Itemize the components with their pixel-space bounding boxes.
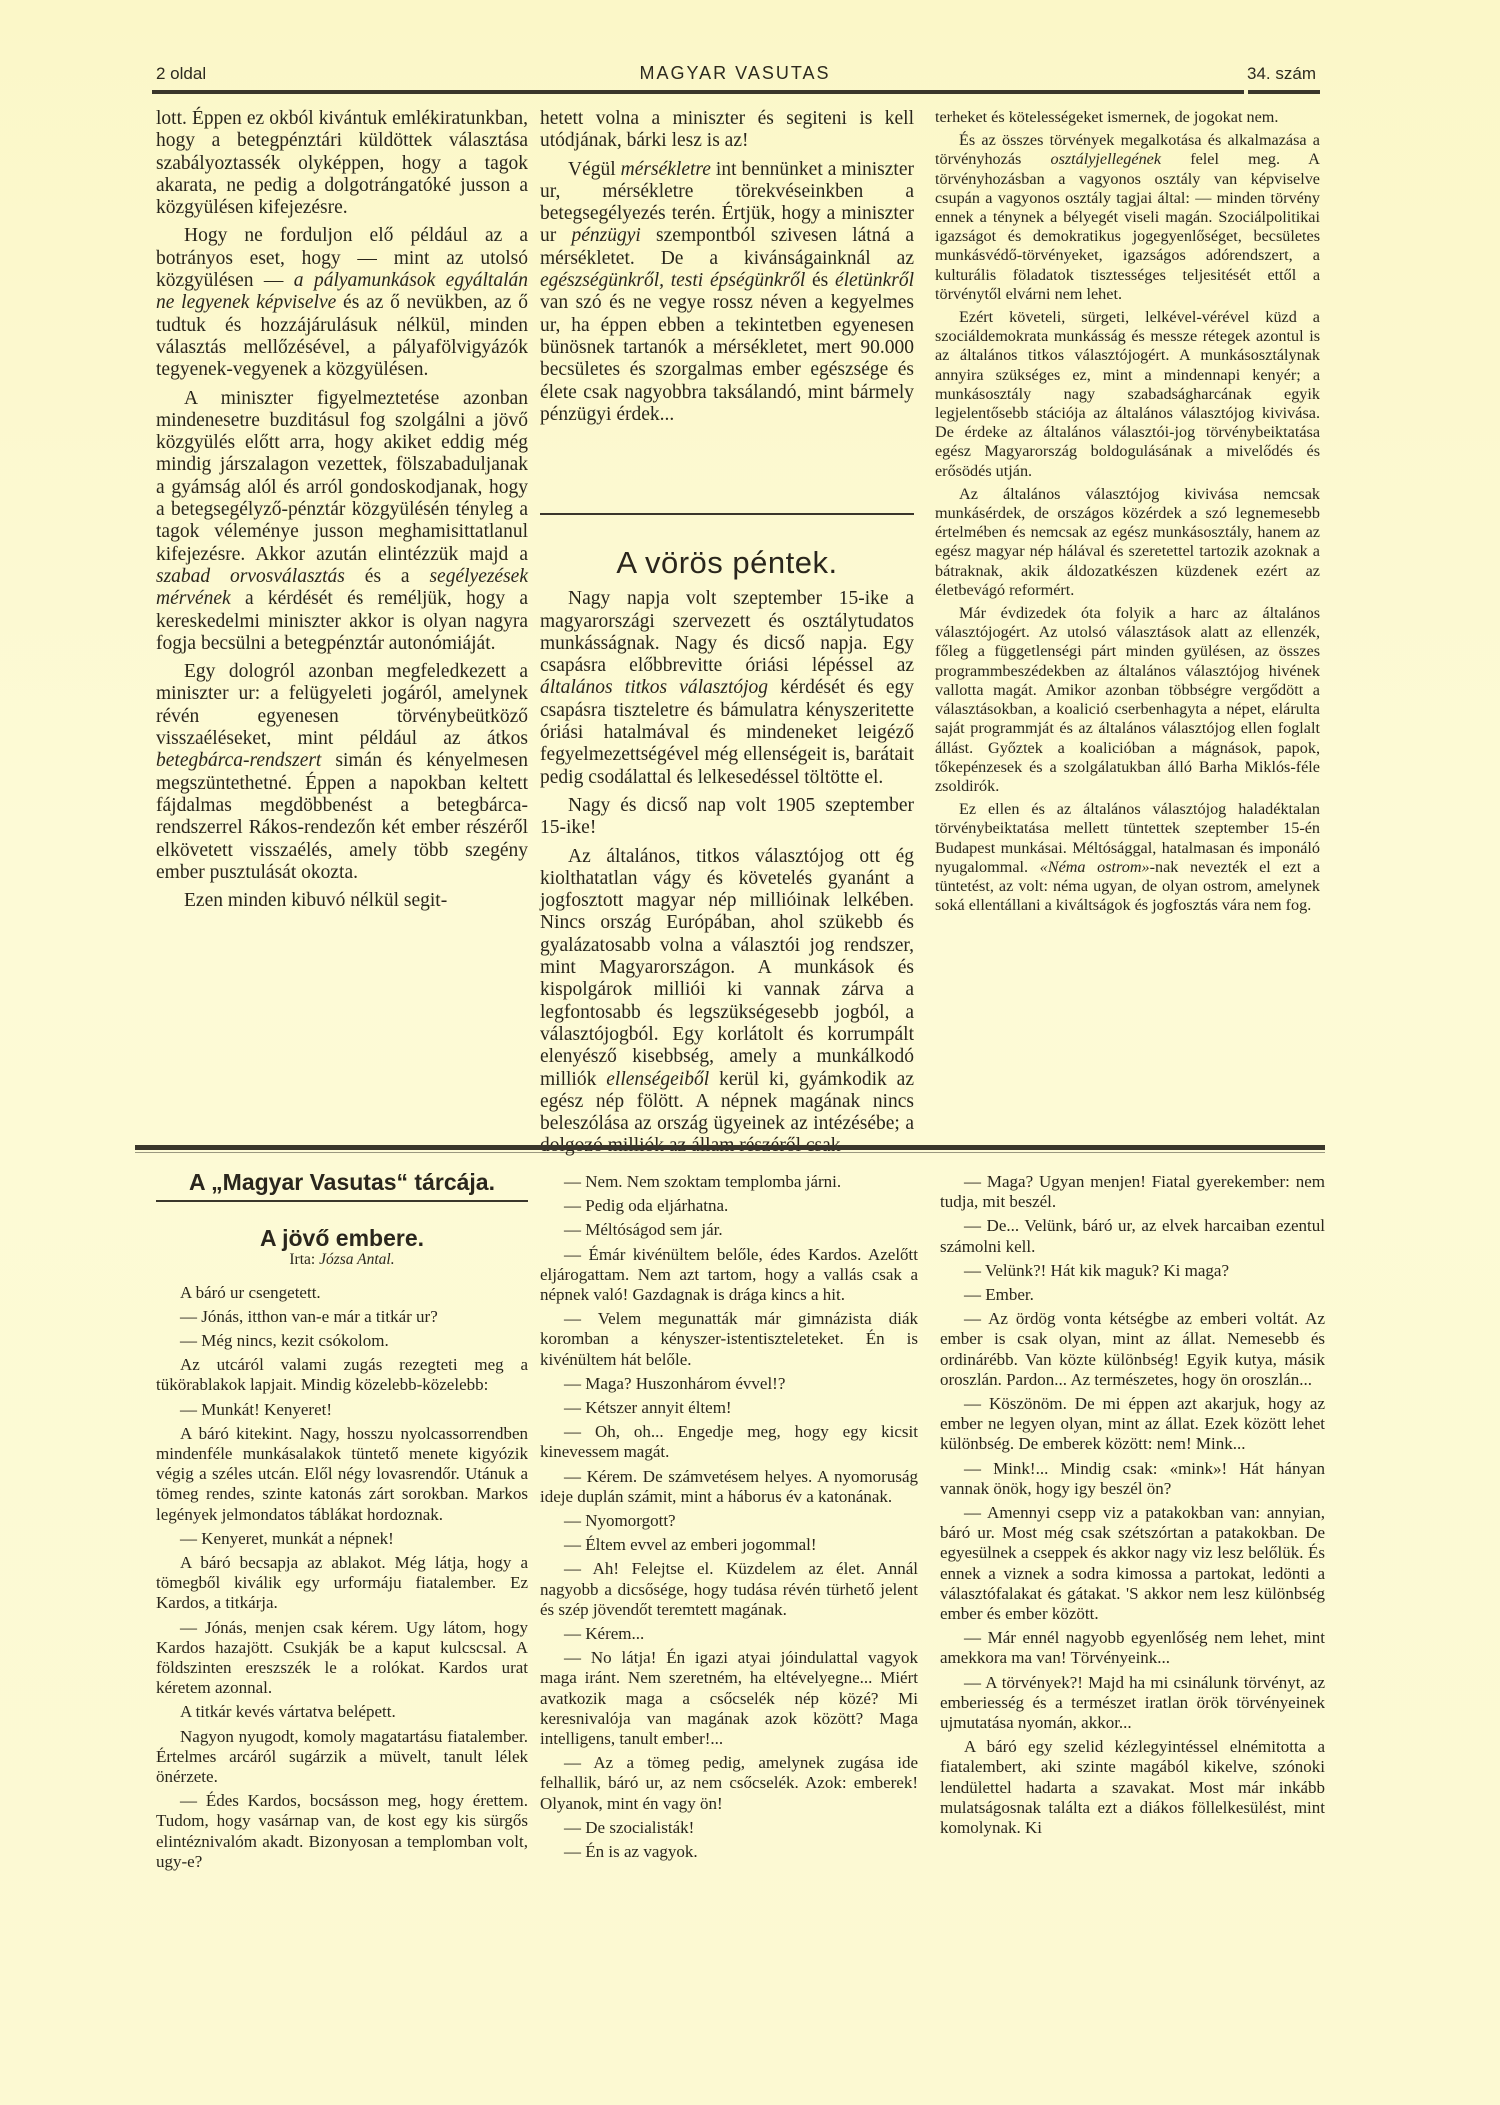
emphasis-text: betegbárca-rendszert (156, 750, 321, 771)
paragraph: — A törvények?! Majd ha mi csinálunk tör… (940, 1673, 1325, 1734)
paragraph: És az összes törvények megalkotása és al… (935, 131, 1320, 304)
paragraph-text: és a (345, 566, 430, 587)
paragraph-text: és (805, 270, 835, 291)
paragraph: — Ember. (940, 1285, 1325, 1305)
paragraph-text: Egy dologról azonban megfeledkezett a mi… (156, 661, 528, 749)
paragraph-text: Az általános, titkos választójog ott ég … (540, 846, 914, 1090)
paragraph: Nagyon nyugodt, komoly magatartásu fiata… (156, 1727, 528, 1788)
byline-label: Irta: (289, 1251, 315, 1268)
paragraph: — Kétszer annyit éltem! (540, 1398, 918, 1418)
paragraph: — Ah! Felejtse el. Küzdelem az élet. Ann… (540, 1559, 918, 1620)
paragraph: — Nem. Nem szoktam templomba járni. (540, 1172, 918, 1192)
section-separator (135, 1145, 1325, 1150)
paragraph: — Munkát! Kenyeret! (156, 1400, 528, 1420)
paragraph-text: van szó és ne vegye rossz néven a kegyel… (540, 292, 914, 424)
section-separator-thin (135, 1152, 1325, 1153)
feuilleton-column-2: — Nem. Nem szoktam templomba járni.— Ped… (540, 1172, 918, 1866)
feuilleton-section-title: A „Magyar Vasutas“ tárcája. (156, 1172, 528, 1202)
paragraph: Az általános választójog kivivása nemcsa… (935, 485, 1320, 600)
paragraph: — Pedig oda eljárhatna. (540, 1196, 918, 1216)
emphasis-text: pénzügyi (571, 225, 640, 246)
paragraph: — Jónás, menjen csak kérem. Ugy látom, h… (156, 1618, 528, 1699)
paragraph: Már évdizedek óta folyik a harc az által… (935, 604, 1320, 796)
article-headline: A vörös péntek. (540, 552, 914, 574)
author-name: Józsa Antal. (319, 1251, 395, 1268)
paragraph: — Maga? Ugyan menjen! Fiatal gyerekember… (940, 1172, 1325, 1212)
paragraph: — Az a tömeg pedig, amelynek zugása ide … (540, 1753, 918, 1814)
paragraph-text: Nagy napja volt szeptember 15-ike a magy… (540, 588, 914, 676)
paragraph: lott. Éppen ez okból kivántuk emlékiratu… (156, 108, 528, 219)
paragraph: — Én is az vagyok. (540, 1842, 918, 1862)
paragraph: — Oh, oh... Engedje meg, hogy egy kicsit… (540, 1422, 918, 1462)
article-column-2: hetett volna a miniszter és segiteni is … (540, 108, 914, 432)
paragraph: — Émár kivénültem belőle, édes Kardos. A… (540, 1245, 918, 1306)
paragraph-text: Végül (568, 159, 621, 180)
paragraph: Nagy napja volt szeptember 15-ike a magy… (540, 588, 914, 789)
feuilleton-column-3: — Maga? Ugyan menjen! Fiatal gyerekember… (940, 1172, 1325, 1842)
paragraph: hetett volna a miniszter és segiteni is … (540, 108, 914, 153)
paragraph: — Velünk?! Hát kik maguk? Ki maga? (940, 1261, 1325, 1281)
paragraph: — Még nincs, kezit csókolom. (156, 1331, 528, 1351)
paragraph: — Kenyeret, munkát a népnek! (156, 1529, 528, 1549)
emphasis-text: egészségünkről, testi épségünkről (540, 270, 805, 291)
paragraph: Az általános, titkos választójog ott ég … (540, 846, 914, 1158)
paragraph: Egy dologról azonban megfeledkezett a mi… (156, 661, 528, 884)
newspaper-page: 2 oldal MAGYAR VASUTAS 34. szám lott. Ép… (0, 0, 1500, 2105)
paragraph: Ezen minden kibuvó nélkül segit- (156, 890, 528, 912)
paragraph: Végül mérsékletre int bennünket a minisz… (540, 159, 914, 427)
article-column-1: lott. Éppen ez okból kivántuk emlékiratu… (156, 108, 528, 918)
paragraph: A báró kitekint. Nagy, hosszu nyolcassor… (156, 1424, 528, 1525)
issue-number: 34. szám (1247, 64, 1316, 84)
emphasis-text: mérsékletre (621, 159, 711, 180)
paragraph: — Mink!... Mindig csak: «mink»! Hát hány… (940, 1459, 1325, 1499)
paragraph: — De... Velünk, báró ur, az elvek harcai… (940, 1216, 1325, 1256)
column-end-rule (540, 513, 914, 515)
masthead: 2 oldal MAGYAR VASUTAS 34. szám (150, 62, 1320, 90)
newspaper-title: MAGYAR VASUTAS (150, 63, 1320, 84)
emphasis-text: életünkről (835, 270, 914, 291)
paragraph: A báró egy szelid kézlegyintéssel elnémi… (940, 1737, 1325, 1838)
byline: Irta: Józsa Antal. (156, 1250, 528, 1270)
paragraph: — No látja! Én igazi atyai jóindulattal … (540, 1648, 918, 1749)
paragraph: — Köszönöm. De mi éppen azt akarjuk, hog… (940, 1394, 1325, 1455)
story-title: A jövő embere. (156, 1228, 528, 1248)
paragraph: Ez ellen és az általános választójog hal… (935, 800, 1320, 915)
paragraph: Hogy ne forduljon elő például az a botrá… (156, 225, 528, 381)
paragraph-text: felel meg. A törvényhozásban a vagyonos … (935, 150, 1320, 302)
paragraph-text: A miniszter figyelmeztetése azonban mind… (156, 388, 528, 565)
paragraph: — Az ördög vonta kétségbe az emberi volt… (940, 1309, 1325, 1390)
feuilleton-column-1: A „Magyar Vasutas“ tárcája. A jövő ember… (156, 1172, 528, 1876)
paragraph: A miniszter figyelmeztetése azonban mind… (156, 388, 528, 656)
emphasis-text: osztályjellegének (1050, 150, 1161, 168)
paragraph: terheket és kötelességeket ismernek, de … (935, 108, 1320, 127)
paragraph: — Már ennél nagyobb egyenlőség nem lehet… (940, 1628, 1325, 1668)
paragraph: Nagy és dicső nap volt 1905 szeptember 1… (540, 795, 914, 840)
paragraph: — De szocialisták! (540, 1818, 918, 1838)
paragraph: A báró becsapja az ablakot. Még látja, h… (156, 1553, 528, 1614)
paragraph: — Amennyi csepp viz a patakokban van: an… (940, 1503, 1325, 1624)
paragraph: — Nyomorgott? (540, 1511, 918, 1531)
emphasis-text: «Néma ostrom» (1040, 858, 1150, 876)
paragraph: Az utcáról valami zugás rezegteti meg a … (156, 1355, 528, 1395)
paragraph: — Jónás, itthon van-e már a titkár ur? (156, 1307, 528, 1327)
paragraph: — Méltóságod sem jár. (540, 1220, 918, 1240)
paragraph: — Éltem evvel az emberi jogommal! (540, 1535, 918, 1555)
masthead-rule-right (1248, 90, 1320, 94)
emphasis-text: ellenségeiből (606, 1069, 709, 1090)
article-column-3: terheket és kötelességeket ismernek, de … (935, 108, 1320, 919)
paragraph: — Kérem. De számvetésem helyes. A nyomor… (540, 1467, 918, 1507)
voros-pentek-article: A vörös péntek. Nagy napja volt szeptemb… (540, 548, 914, 1164)
paragraph: A báró ur csengetett. (156, 1283, 528, 1303)
emphasis-text: szabad orvosválasztás (156, 566, 345, 587)
paragraph: A titkár kevés vártatva belépett. (156, 1702, 528, 1722)
masthead-rule (152, 90, 1244, 94)
paragraph: — Kérem... (540, 1624, 918, 1644)
paragraph: — Édes Kardos, bocsásson meg, hogy érett… (156, 1791, 528, 1872)
paragraph: — Velem megunatták már gimnázista diák k… (540, 1309, 918, 1370)
paragraph: Ezért követeli, sürgeti, lelkével-véréve… (935, 308, 1320, 481)
paragraph: — Maga? Huszonhárom évvel!? (540, 1374, 918, 1394)
emphasis-text: általános titkos választójog (540, 677, 768, 698)
